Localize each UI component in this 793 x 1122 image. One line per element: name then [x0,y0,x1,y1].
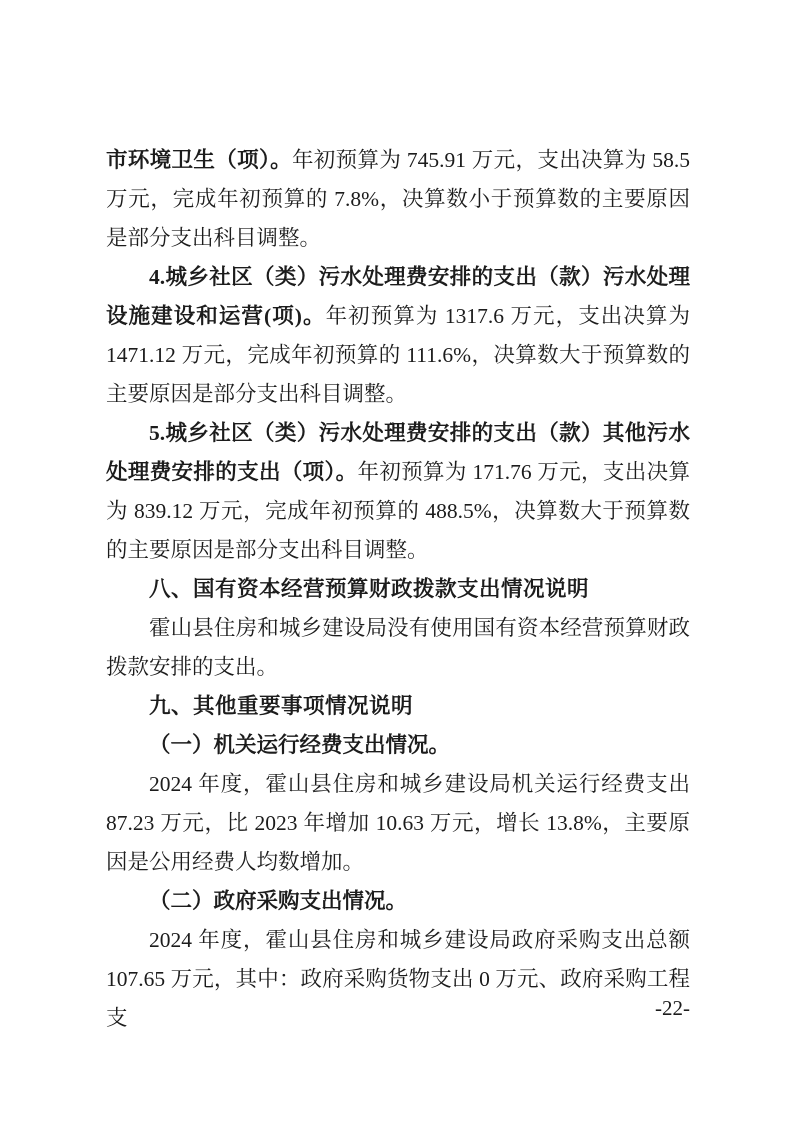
document-content: 市环境卫生（项）。年初预算为 745.91 万元，支出决算为 58.5 万元，完… [106,141,690,1038]
budget-item-paragraph: 5.城乡社区（类）污水处理费安排的支出（款）其他污水处理费安排的支出（项）。年初… [106,414,690,570]
section-heading: 九、其他重要事项情况说明 [106,687,690,726]
paragraph-text: 八、国有资本经营预算财政拨款支出情况说明 [149,577,589,601]
body-paragraph: 2024 年度，霍山县住房和城乡建设局机关运行经费支出 87.23 万元，比 2… [106,765,690,882]
paragraph-text: 2024 年度，霍山县住房和城乡建设局机关运行经费支出 87.23 万元，比 2… [106,772,690,874]
body-paragraph: 霍山县住房和城乡建设局没有使用国有资本经营预算财政拨款安排的支出。 [106,609,690,687]
paragraph-text: 霍山县住房和城乡建设局没有使用国有资本经营预算财政拨款安排的支出。 [106,616,690,679]
document-page: 市环境卫生（项）。年初预算为 745.91 万元，支出决算为 58.5 万元，完… [0,0,793,1122]
paragraph-text: 2024 年度，霍山县住房和城乡建设局政府采购支出总额 107.65 万元，其中… [106,928,690,1030]
paragraph-continuation: 市环境卫生（项）。年初预算为 745.91 万元，支出决算为 58.5 万元，完… [106,141,690,258]
page-number: -22- [655,989,690,1028]
paragraph-bold-lead: 市环境卫生（项）。 [106,148,292,172]
section-heading: 八、国有资本经营预算财政拨款支出情况说明 [106,570,690,609]
subsection-heading: （一）机关运行经费支出情况。 [106,726,690,765]
paragraph-text: （二）政府采购支出情况。 [149,889,407,913]
body-paragraph: 2024 年度，霍山县住房和城乡建设局政府采购支出总额 107.65 万元，其中… [106,921,690,1038]
paragraph-text: 九、其他重要事项情况说明 [149,694,413,718]
budget-item-paragraph: 4.城乡社区（类）污水处理费安排的支出（款）污水处理设施建设和运营(项)。年初预… [106,258,690,414]
subsection-heading: （二）政府采购支出情况。 [106,882,690,921]
paragraph-text: （一）机关运行经费支出情况。 [149,733,450,757]
